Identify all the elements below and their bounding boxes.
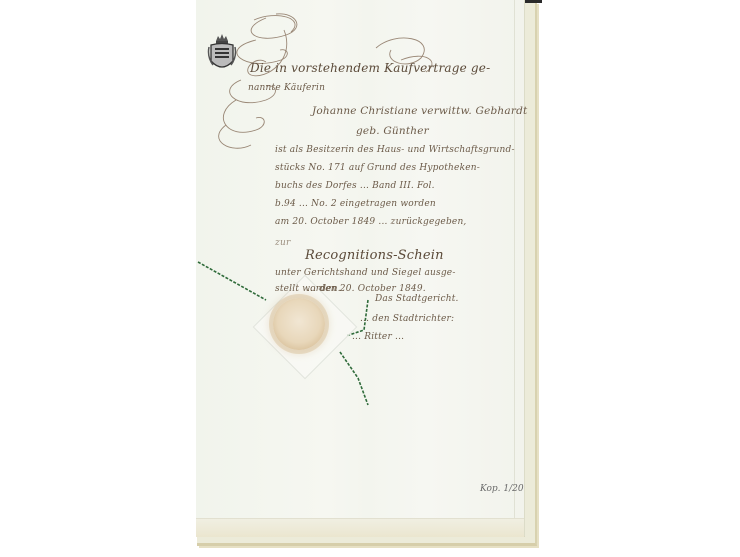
coat-of-arms-icon [207,33,237,75]
page-margin-line [514,0,515,518]
text-line-10: zur [275,238,290,248]
document-scan: Die in vorstehendem Kaufvertrage ge- nan… [0,0,740,557]
text-line-6: stücks No. 171 auf Grund des Hypotheken- [275,163,480,173]
text-line-1: Die in vorstehendem Kaufvertrage ge- [250,61,490,75]
signature: ... Ritter ... [352,332,404,342]
text-line-3: Johanne Christiane verwittw. Gebhardt [312,105,527,117]
text-line-9: am 20. October 1849 ... zurückgegeben, [275,217,467,227]
text-line-2: nannte Käuferin [248,83,325,93]
text-line-7: buchs des Dorfes ... Band III. Fol. [275,181,435,191]
archive-note: Kop. 1/20 [480,484,524,494]
text-line-8: b.94 ... No. 2 eingetragen worden [275,199,436,209]
issuer-line: Das Stadtgericht. [375,294,459,304]
page-bottom-fold [196,518,524,537]
document-heading: Recognitions-Schein [305,248,444,263]
date-line: ... den 20. October 1849. [307,284,426,294]
wax-seal [273,298,325,350]
signatory-line: ... den Stadtrichter: [360,314,454,324]
text-line-5: ist als Besitzerin des Haus- und Wirtsch… [275,145,515,155]
text-line-4: geb. Günther [356,125,429,137]
text-line-12: unter Gerichtshand und Siegel ausge- [275,268,456,278]
